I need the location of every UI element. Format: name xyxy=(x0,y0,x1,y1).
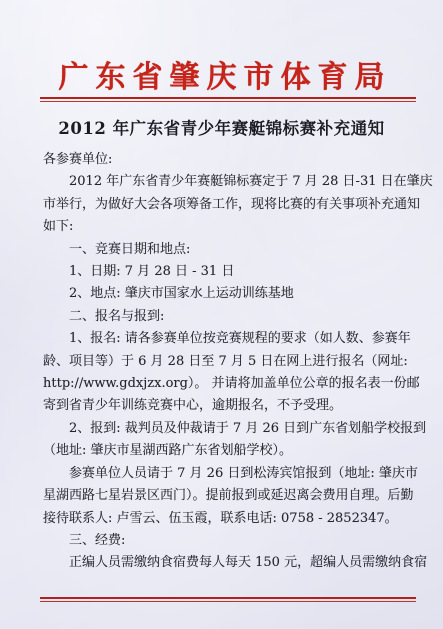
footer-divider-rule xyxy=(40,597,416,602)
body-line: 1、报名: 请各参赛单位按竞赛规程的要求（如人数、参赛年 xyxy=(43,328,411,350)
body-line: 市举行，为做好大会各项筹备工作，现将比赛的有关事项补充通知 xyxy=(43,194,411,216)
letterhead-divider-rule xyxy=(40,97,416,102)
body-line: 寄到省青少年训练竞赛中心，逾期报名，不予受理。 xyxy=(43,395,411,417)
document-title: 2012 年广东省青少年赛艇锦标赛补充通知 xyxy=(0,115,443,139)
body-line: 2、报到: 裁判员及仲裁请于 7 月 26 日到广东省划船学校报到 xyxy=(43,418,411,440)
scanned-notice-document: 广东省肇庆市体育局 2012 年广东省青少年赛艇锦标赛补充通知 各参赛单位:20… xyxy=(0,0,443,629)
body-line: 正编人员需缴纳食宿费每人每天 150 元，超编人员需缴纳食宿 xyxy=(43,552,411,574)
body-line: 各参赛单位: xyxy=(43,149,411,171)
letterhead-org-name: 广东省肇庆市体育局 xyxy=(0,52,443,96)
body-line: 一、竞赛日期和地点: xyxy=(43,239,411,261)
body-line: 二、报名与报到: xyxy=(43,306,411,328)
body-line: 星湖西路七星岩景区西门）。提前报到或延迟离会费用自理。后勤 xyxy=(43,485,411,507)
body-line: 参赛单位人员请于 7 月 26 日到松涛宾馆报到（地址: 肇庆市 xyxy=(43,463,411,485)
document-body: 各参赛单位:2012 年广东省青少年赛艇锦标赛定于 7 月 28 日-31 日在… xyxy=(43,149,411,575)
body-line: 龄、项目等）于 6 月 28 日至 7 月 5 日在网上进行报名（网址: xyxy=(43,351,411,373)
body-line: 如下: xyxy=(43,216,411,238)
body-line: 1、日期: 7 月 28 日 - 31 日 xyxy=(43,261,411,283)
body-line: http://www.gdxjzx.org）。 并请将加盖单位公章的报名表一份邮 xyxy=(43,373,411,395)
body-line: 2、地点: 肇庆市国家水上运动训练基地 xyxy=(43,283,411,305)
body-line: 2012 年广东省青少年赛艇锦标赛定于 7 月 28 日-31 日在肇庆 xyxy=(43,171,411,193)
body-line: 三、经费: xyxy=(43,530,411,552)
body-line: 接待联系人: 卢雪云、伍玉霞，联系电话: 0758 - 2852347。 xyxy=(43,508,411,530)
body-line: （地址: 肇庆市星湖西路广东省划船学校）。 xyxy=(43,440,411,462)
